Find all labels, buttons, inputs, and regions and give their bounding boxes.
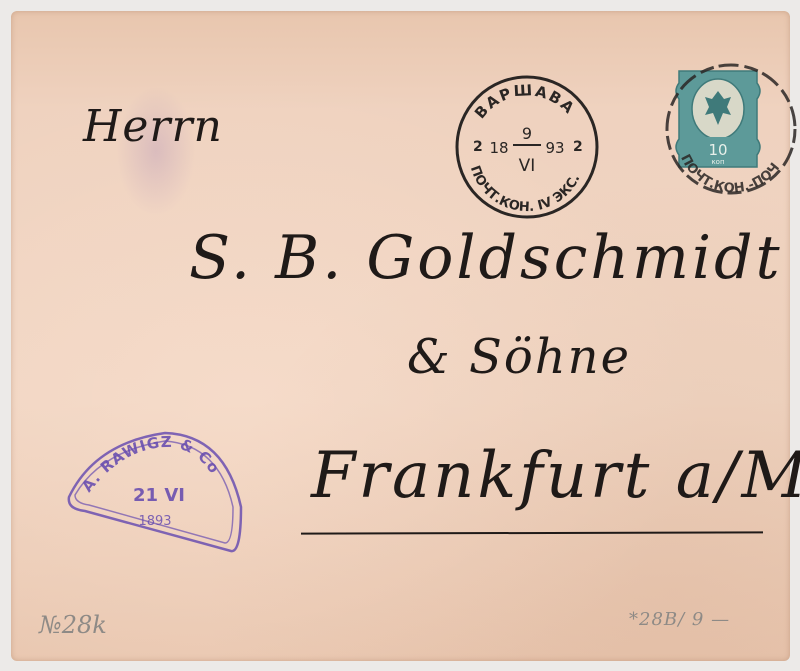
- stamp-cancellation-postmark: ПОЧТ.КОН.-ПОЧ: [651, 47, 800, 207]
- svg-text:1893: 1893: [138, 514, 171, 529]
- address-line-2: & Söhne: [407, 329, 631, 385]
- svg-text:21 VI: 21 VI: [133, 485, 185, 506]
- envelope: Herrn S. B. Goldschmidt & Söhne Frankfur…: [11, 11, 790, 661]
- svg-text:18: 18: [489, 139, 508, 157]
- pencil-note-right: *28B/ 9 —: [629, 609, 730, 630]
- rawigz-receiving-mark: A. RAWIGZ & Co 21 VI 1893: [55, 415, 255, 565]
- svg-text:ПОЧТ.КОН.-ПОЧ: ПОЧТ.КОН.-ПОЧ: [677, 152, 783, 196]
- svg-text:2: 2: [573, 139, 583, 155]
- warsaw-postmark: ВАРШАВА ПОЧТ.КОН. IV ЭКС. 2 2 9 18 93 VI: [449, 69, 605, 225]
- address-line-3: Frankfurt a/M: [311, 439, 800, 513]
- svg-text:9: 9: [522, 124, 532, 143]
- address-line-1: S. B. Goldschmidt: [189, 223, 783, 293]
- svg-text:VI: VI: [519, 156, 536, 176]
- svg-text:2: 2: [473, 139, 483, 155]
- pencil-note-left: №28k: [39, 611, 107, 639]
- address-underline: [301, 531, 763, 534]
- svg-text:93: 93: [545, 139, 564, 157]
- greeting-handwriting: Herrn: [83, 101, 223, 152]
